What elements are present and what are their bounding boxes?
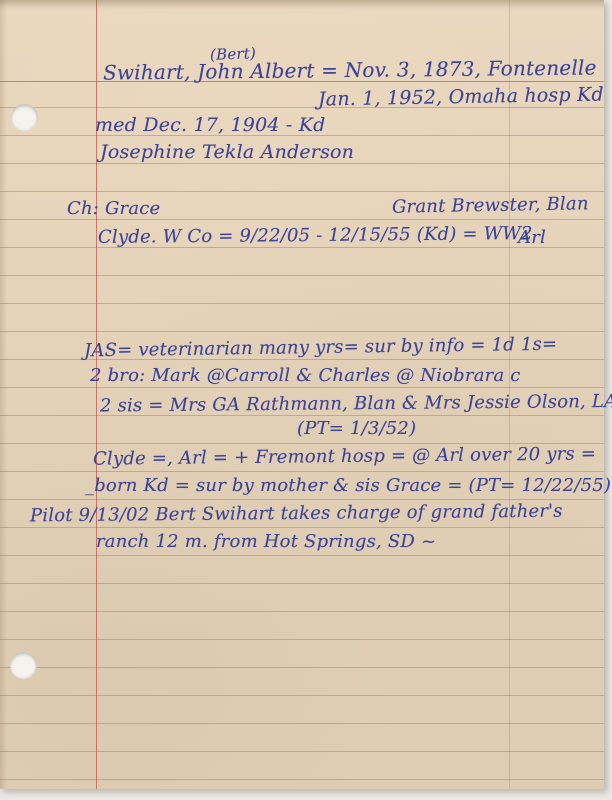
handwriting-name-birth-line: Swihart, John Albert = Nov. 3, 1873, Fon… (103, 56, 597, 83)
handwriting-clyde-dates-line: Clyde. W Co = 9/22/05 - 12/15/55 (Kd) = … (98, 224, 533, 248)
punch-hole-top (11, 104, 38, 131)
handwriting-children-label: Ch: Grace (67, 199, 160, 219)
handwriting-ranch-note-line2: ranch 12 m. from Hot Springs, SD ~ (96, 532, 436, 552)
handwriting-marriage-line: med Dec. 17, 1904 - Kd (95, 115, 326, 136)
scanned-notebook-page: (Bert) Swihart, John Albert = Nov. 3, 18… (0, 0, 612, 800)
paper-top-edge-shadow (0, 0, 604, 9)
handwriting-obit-notes-line2: 2 bro: Mark @Carroll & Charles @ Niobrar… (90, 366, 521, 386)
ruled-paper-sheet: (Bert) Swihart, John Albert = Nov. 3, 18… (0, 0, 604, 789)
handwriting-obit-citation: (PT= 1/3/52) (297, 419, 416, 439)
handwriting-clyde-obit-line2: _born Kd = sur by mother & sis Grace = (… (85, 476, 611, 496)
handwriting-spouse-name: Josephine Tekla Anderson (100, 142, 354, 163)
punch-hole-bottom (10, 652, 37, 679)
paper-left-edge-shadow (0, 0, 7, 789)
handwriting-grace-spouse-note: Grant Brewster, Blan (392, 194, 589, 217)
handwriting-clyde-place-note: Arl (518, 228, 546, 248)
handwriting-obit-notes-line3: 2 sis = Mrs GA Rathmann, Blan & Mrs Jess… (100, 392, 612, 417)
